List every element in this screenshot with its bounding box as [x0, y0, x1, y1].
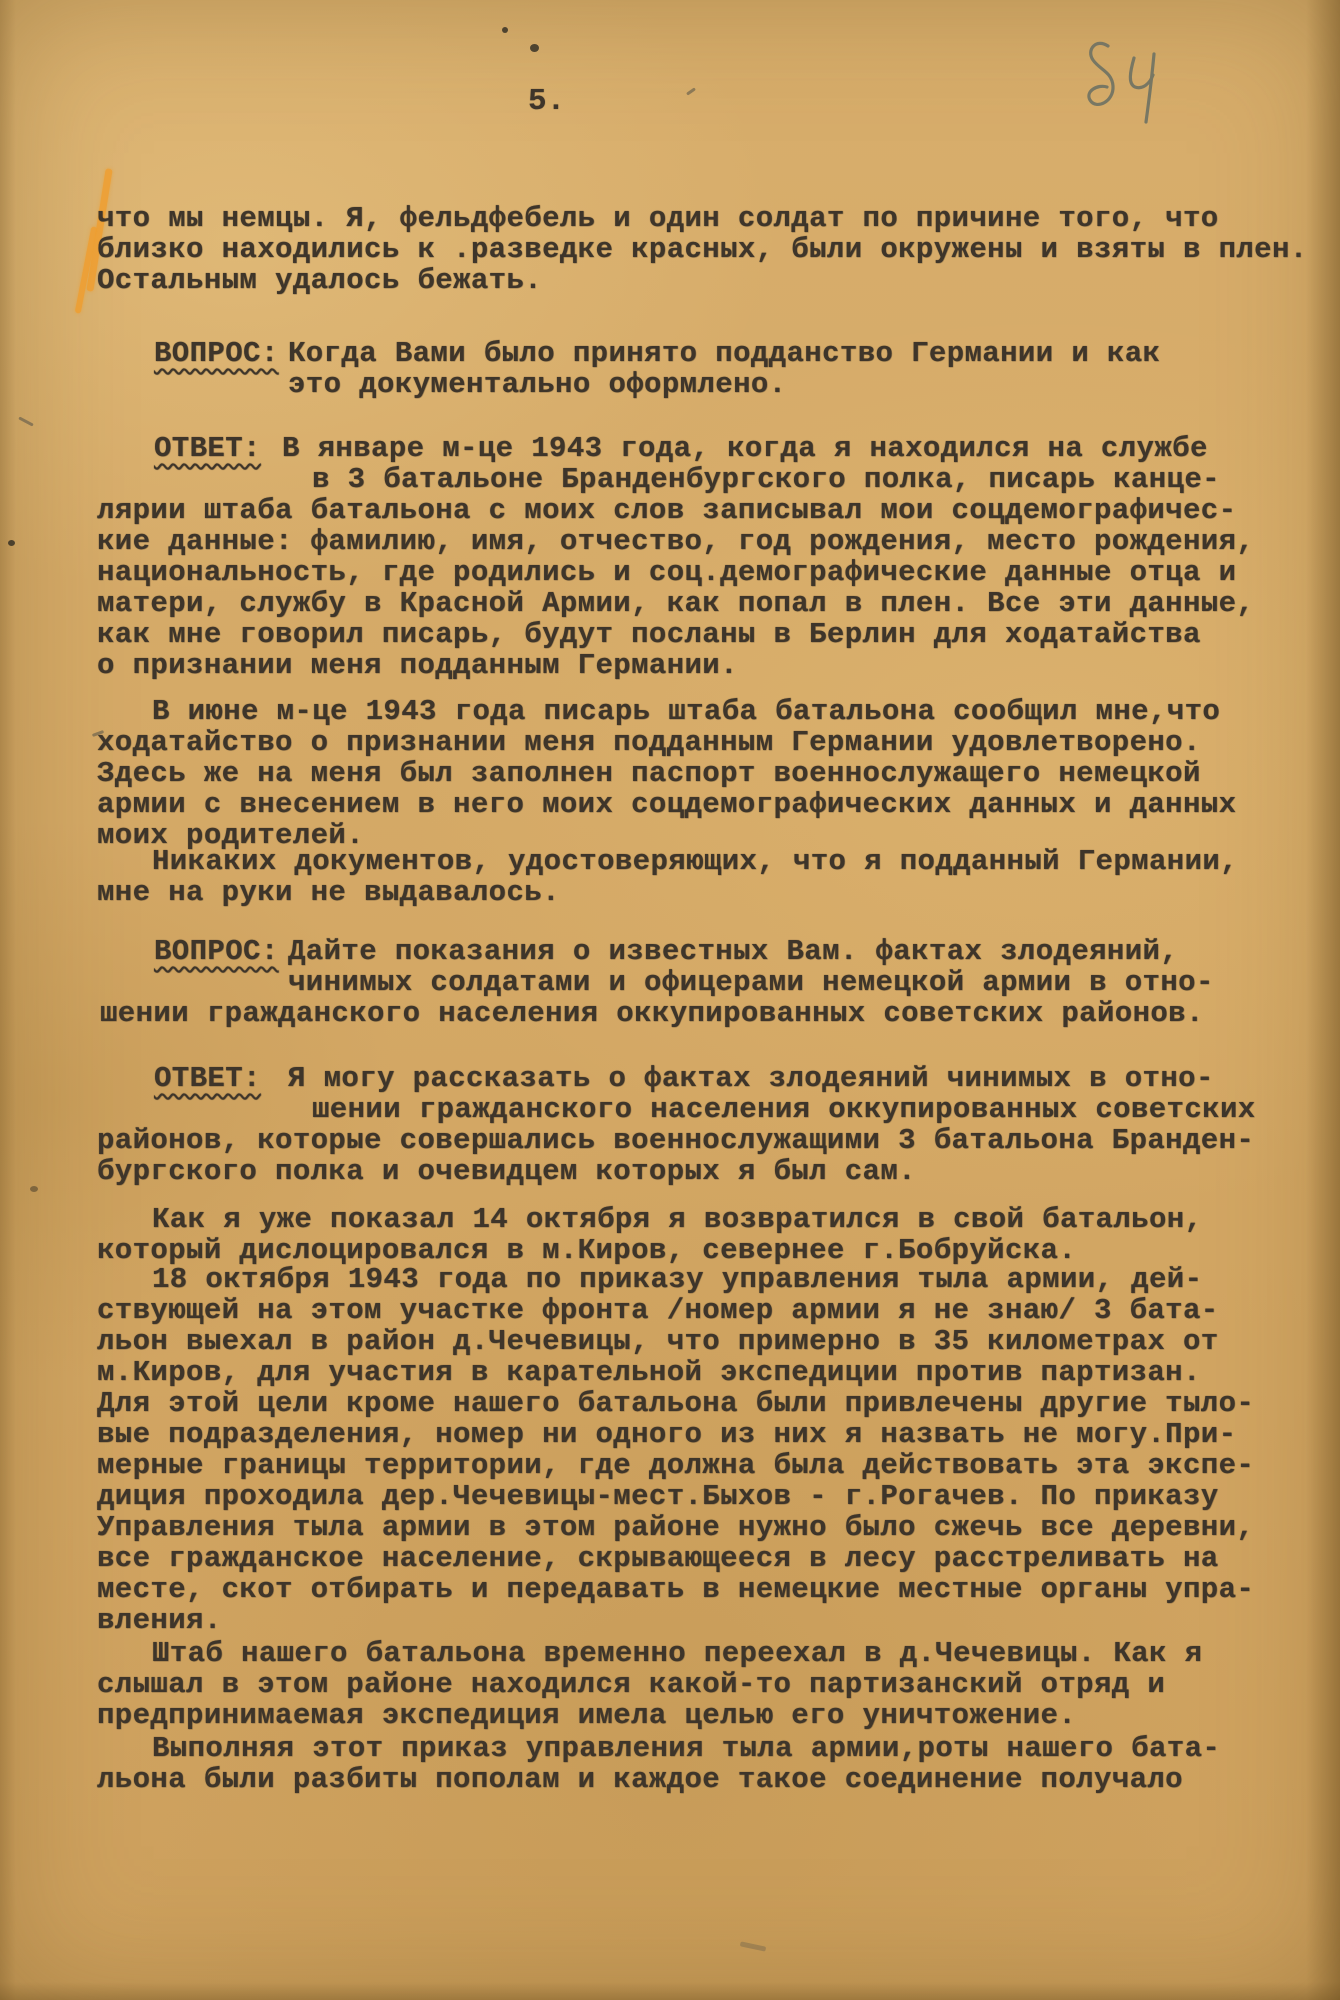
text-line: Остальным удалось бежать. [97, 264, 542, 297]
text-line: Выполняя этот приказ управления тыла арм… [152, 1732, 1220, 1765]
text-line: В июне м-це 1943 года писарь штаба батал… [152, 695, 1220, 728]
text-line: вые подразделения, номер ни одного из ни… [97, 1418, 1236, 1451]
text-line: лярии штаба батальона с моих слов записы… [97, 494, 1236, 527]
text-line: районов, которые совершались военнослужа… [97, 1124, 1254, 1157]
text-line: в 3 батальоне Бранденбургского полка, пи… [312, 463, 1220, 496]
text-line: шении гражданского населения оккупирован… [100, 997, 1204, 1030]
text-line: близко находились к .разведке красных, б… [97, 233, 1308, 266]
text-line: Как я уже показал 14 октября я возвратил… [152, 1203, 1202, 1236]
text-line: месте, скот отбирать и передавать в неме… [97, 1573, 1254, 1606]
text-line: 18 октября 1943 года по приказу управлен… [152, 1263, 1202, 1296]
text-line: Штаб нашего батальона временно переехал … [152, 1637, 1202, 1670]
text-line: Никаких документов, удостоверяющих, что … [152, 845, 1238, 878]
text-line: национальность, где родились и соц.демог… [97, 556, 1236, 589]
text-line: мне на руки не выдавалось. [97, 876, 560, 909]
text-line: ствующей на этом участке фронта /номер а… [97, 1294, 1219, 1327]
text-line: мерные границы территории, где должна бы… [97, 1449, 1254, 1482]
text-line: Я могу рассказать о фактах злодеяний чин… [288, 1062, 1214, 1095]
qa-label: ВОПРОС: [154, 337, 279, 370]
text-line: армии с внесением в него моих соцдемогра… [97, 788, 1236, 821]
text-line: ходатайство о признании меня подданным Г… [97, 726, 1201, 759]
text-line: кие данные: фамилию, имя, отчество, год … [97, 525, 1254, 558]
text-line: В январе м-це 1943 года, когда я находил… [282, 432, 1208, 465]
text-line: льон выехал в район д.Чечевицы, что прим… [97, 1325, 1219, 1358]
text-line: Управления тыла армии в этом районе нужн… [97, 1511, 1254, 1544]
document-page: 5. что мы немцы. Я, фельдфебель и один с… [0, 0, 1340, 2000]
text-line: вления. [97, 1604, 222, 1637]
text-line: шении гражданского населения оккупирован… [312, 1093, 1256, 1126]
text-line: все гражданское население, скрывающееся … [97, 1542, 1219, 1575]
text-line: матери, службу в Красной Армии, как попа… [97, 587, 1254, 620]
text-line: как мне говорил писарь, будут посланы в … [97, 618, 1201, 651]
text-line: диция проходила дер.Чечевицы-мест.Быхов … [97, 1480, 1219, 1513]
text-line: предпринимаемая экспедиция имела целью е… [97, 1699, 1076, 1732]
text-line: о признании меня подданным Германии. [97, 649, 738, 682]
text-layer: что мы немцы. Я, фельдфебель и один солд… [0, 0, 1340, 2000]
text-line: Дайте показания о известных Вам. фактах … [288, 935, 1178, 968]
text-line: чинимых солдатами и офицерами немецкой а… [288, 966, 1214, 999]
qa-label: ОТВЕТ: [154, 432, 261, 465]
text-line: что мы немцы. Я, фельдфебель и один солд… [97, 202, 1219, 235]
qa-label: ВОПРОС: [154, 935, 279, 968]
text-line: льона были разбиты пополам и каждое тако… [97, 1763, 1183, 1796]
text-line: Для этой цели кроме нашего батальона был… [97, 1387, 1254, 1420]
text-line: слышал в этом районе находился какой-то … [97, 1668, 1165, 1701]
text-line: бургского полка и очевидцем которых я бы… [97, 1155, 916, 1188]
text-line: это документально оформлено. [288, 368, 786, 401]
text-line: Здесь же на меня был заполнен паспорт во… [97, 757, 1201, 790]
text-line: Когда Вами было принято подданство Герма… [288, 337, 1160, 370]
text-line: м.Киров, для участия в карательной экспе… [97, 1356, 1201, 1389]
qa-label: ОТВЕТ: [154, 1062, 261, 1095]
